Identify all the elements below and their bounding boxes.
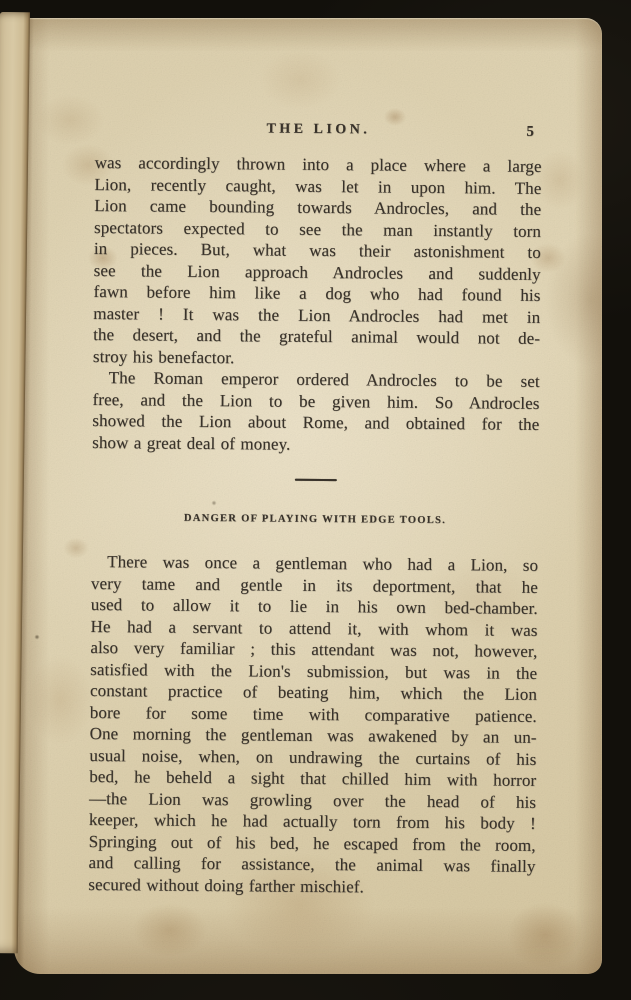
paragraph: was accordingly thrown into a place wher…	[93, 152, 542, 371]
text-flow: was accordingly thrown into a place wher…	[88, 152, 541, 899]
scan-background: THE LION. 5 was accordingly thrown into …	[0, 0, 631, 1000]
printed-text: THE LION. 5 was accordingly thrown into …	[88, 118, 542, 899]
running-head: THE LION. 5	[95, 118, 542, 142]
section: was accordingly thrown into a place wher…	[92, 152, 542, 457]
section-divider	[294, 479, 336, 481]
section-heading: DANGER OF PLAYING WITH EDGE TOOLS.	[91, 511, 538, 529]
paragraph: There was once a gentleman who had a Lio…	[88, 551, 538, 899]
text-line: secured without doing farther mischief.	[88, 873, 535, 898]
page-number: 5	[526, 122, 534, 142]
paragraph: The Roman emperor ordered Androcles to b…	[92, 367, 540, 457]
text-line: show a great deal of money.	[92, 431, 539, 456]
section: DANGER OF PLAYING WITH EDGE TOOLS.There …	[88, 511, 538, 899]
running-head-title: THE LION.	[95, 118, 542, 142]
